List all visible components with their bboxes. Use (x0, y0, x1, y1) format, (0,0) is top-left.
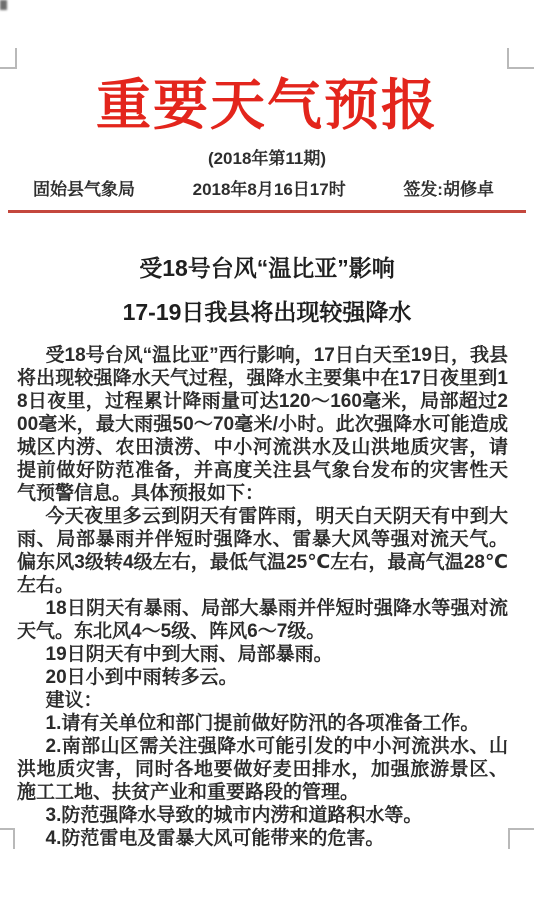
body-paragraph: 1.请有关单位和部门提前做好防汛的各项准备工作。 (17, 712, 508, 735)
body-paragraph: 4.防范雷电及雷暴大风可能带来的危害。 (17, 827, 508, 850)
header-meta-row: 固始县气象局 2018年8月16日17时 签发:胡修卓 (0, 179, 534, 200)
weather-bulletin-document: 重要天气预报 (2018年第11期) 固始县气象局 2018年8月16日17时 … (0, 0, 534, 905)
body-paragraph: 20日小到中雨转多云。 (17, 666, 508, 689)
red-divider-rule (8, 210, 526, 213)
forecast-body: 受18号台风“温比亚”西行影响，17日白天至19日，我县将出现较强降水天气过程，… (17, 344, 508, 850)
issue-number: (2018年第11期) (0, 148, 534, 169)
document-title: 重要天气预报 (0, 76, 534, 135)
margin-mark-top-left (0, 48, 17, 69)
photo-artifact (0, 0, 7, 10)
issue-datetime: 2018年8月16日17时 (193, 179, 346, 200)
body-paragraph: 3.防范强降水导致的城市内涝和道路积水等。 (17, 804, 508, 827)
headline-line-1: 受18号台风“温比亚”影响 (0, 255, 534, 283)
margin-mark-top-right (507, 48, 534, 69)
body-paragraph: 受18号台风“温比亚”西行影响，17日白天至19日，我县将出现较强降水天气过程，… (17, 344, 508, 505)
body-paragraph: 建议： (17, 689, 508, 712)
issuing-agency: 固始县气象局 (33, 179, 135, 200)
margin-mark-bottom-right (508, 828, 534, 849)
body-paragraph: 2.南部山区需关注强降水可能引发的中小河流洪水、山洪地质灾害，同时各地要做好麦田… (17, 735, 508, 804)
signer: 签发:胡修卓 (403, 179, 494, 200)
body-paragraph: 18日阴天有暴雨、局部大暴雨并伴短时强降水等强对流天气。东北风4～5级、阵风6～… (17, 597, 508, 643)
headline-line-2: 17-19日我县将出现较强降水 (0, 299, 534, 327)
body-paragraph: 今天夜里多云到阴天有雷阵雨，明天白天阴天有中到大雨、局部暴雨并伴短时强降水、雷暴… (17, 505, 508, 597)
margin-mark-bottom-left (0, 828, 15, 849)
body-paragraph: 19日阴天有中到大雨、局部暴雨。 (17, 643, 508, 666)
